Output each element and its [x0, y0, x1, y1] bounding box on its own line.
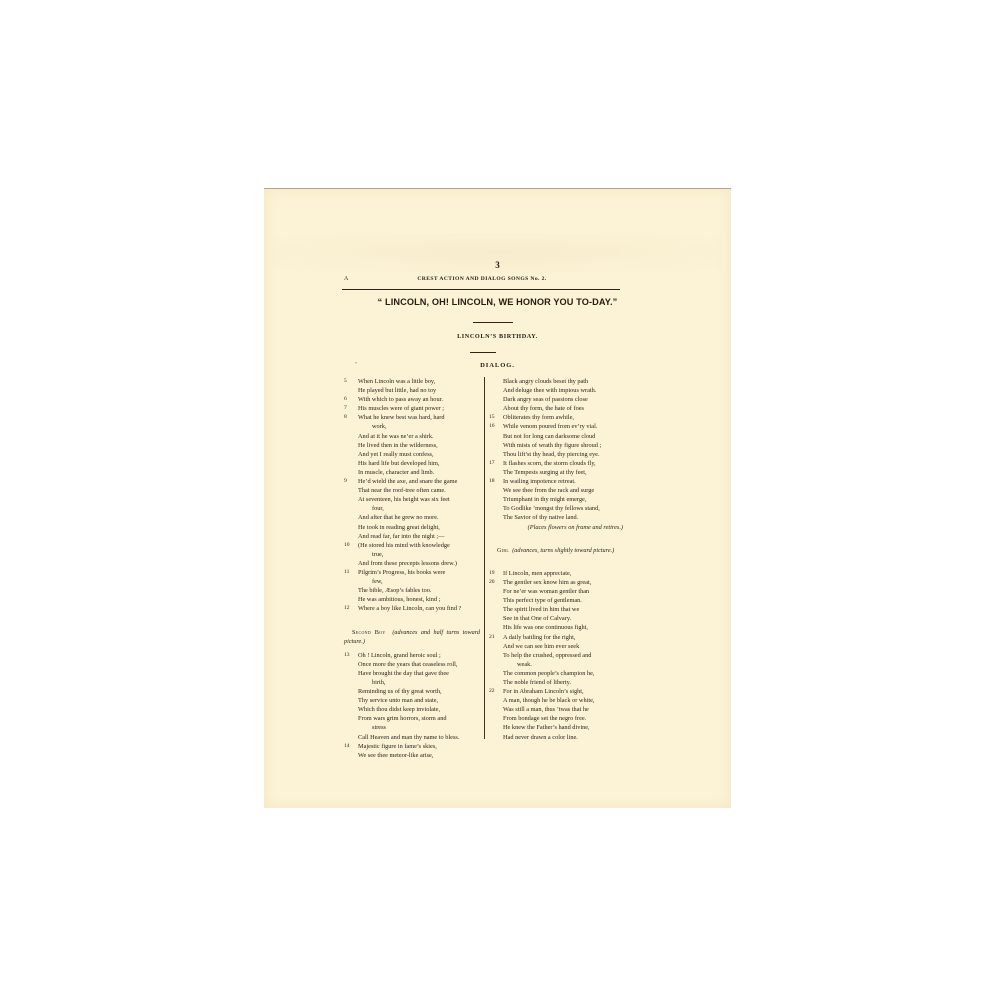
- verse-text: Majestic figure in fame’s skies,: [358, 743, 437, 750]
- verse-line: He took in reading great delight,: [344, 523, 480, 532]
- verse-text: What he knew best was hard, hard: [358, 414, 445, 421]
- verse-text: The bible, Æsop’s fables too.: [358, 587, 431, 594]
- verse-text: few,: [372, 578, 383, 585]
- song-title: “ LINCOLN, OH! LINCOLN, WE HONOR YOU TO-…: [264, 297, 731, 307]
- verse-line: 20The gentler sex know him as great,: [489, 578, 623, 587]
- verse-number: 19: [489, 569, 499, 578]
- verse-text: The Savior of thy native land.: [503, 514, 578, 521]
- verse-line: From bondage set the negro free.: [489, 714, 623, 723]
- verse-text: He was ambitious, honest, kind ;: [358, 596, 440, 603]
- stage-direction: (advances, turns slightly toward picture…: [512, 547, 614, 554]
- verse-text: At seventeen, his height was six feet: [358, 496, 450, 503]
- verse-number: 8: [344, 413, 354, 422]
- verse-text: And at it he was ne’er a shirk.: [358, 433, 434, 440]
- verse-text: That near the roof-tree often came.: [358, 487, 446, 494]
- verse-line: work,: [344, 422, 480, 431]
- running-head: CREST ACTION AND DIALOG SONGS No. 2.: [344, 276, 620, 282]
- verse-number: 14: [344, 742, 354, 751]
- verse-text: The spirit lived in him that we: [503, 606, 579, 613]
- verse-text: Have brought the day that gave thee: [358, 670, 449, 677]
- header-rule: [342, 289, 620, 290]
- verse-text: Which thou didst keep inviolate,: [358, 706, 440, 713]
- verse-line: Call Heaven and man thy name to bless.: [344, 733, 480, 742]
- spacer: [489, 532, 623, 541]
- verse-line: 15Obliterates thy form awhile,: [489, 413, 623, 422]
- verse-text: Thou lift’st thy head, thy piercing eye.: [503, 451, 600, 458]
- verse-line: 14Majestic figure in fame’s skies,: [344, 742, 480, 751]
- verse-line: And read far, far into the night ;—: [344, 532, 480, 541]
- verse-line: four,: [344, 504, 480, 513]
- verse-text: When Lincoln was a little boy,: [358, 378, 435, 385]
- verse-number: 9: [344, 477, 354, 486]
- verse-line: His hard life but developed him,: [344, 459, 480, 468]
- verse-line: 12Where a boy like Lincoln, can you find…: [344, 604, 480, 613]
- verse-text: If Lincoln, men appreciate,: [503, 570, 571, 577]
- verse-text: To Godlike ’mongst thy fellows stand,: [503, 505, 600, 512]
- section-heading: DIALOG.: [264, 362, 731, 369]
- verse-text: A man, though he be black or white,: [503, 697, 594, 704]
- verse-text: birth,: [372, 679, 385, 686]
- verse-line: Thou lift’st thy head, thy piercing eye.: [489, 450, 623, 459]
- verse-text: And deluge thee with impious wrath.: [503, 387, 596, 394]
- verse-text: Black angry clouds beset thy path: [503, 378, 588, 385]
- verse-line: The Tempests surging at thy feet,: [489, 468, 623, 477]
- verse-line: Black angry clouds beset thy path: [489, 377, 623, 386]
- verse-text: His life was one continuous fight,: [503, 624, 588, 631]
- verse-text: And from these precepts lessons drew.): [358, 560, 457, 567]
- verse-text: With mists of wrath thy figure shroud ;: [503, 442, 601, 449]
- verse-line: And at it he was ne’er a shirk.: [344, 432, 480, 441]
- verse-text: He knew the Father’s hand divine,: [503, 724, 590, 731]
- spacer: [344, 613, 480, 622]
- verse-line: The spirit lived in him that we: [489, 605, 623, 614]
- verse-line: 18In wailing impotence retreat.: [489, 477, 623, 486]
- document-page: 3 A CREST ACTION AND DIALOG SONGS No. 2.…: [264, 188, 731, 808]
- verse-text: The gentler sex know him as great,: [503, 579, 591, 586]
- verse-text: Reminding us of thy great worth,: [358, 688, 442, 695]
- verse-line: stress: [344, 723, 480, 732]
- verse-line: His life was one continuous fight,: [489, 623, 623, 632]
- verse-text: In muscle, character and limb.: [358, 469, 434, 476]
- verse-text: Oh ! Lincoln, grand heroic soul ;: [358, 652, 441, 659]
- verse-line: For ne’er was woman gentler than: [489, 587, 623, 596]
- verse-text: A daily battling for the right,: [503, 634, 575, 641]
- verse-number: 5: [344, 377, 354, 386]
- verse-text: This perfect type of gentleman.: [503, 597, 582, 604]
- verse-line: To help the crushed, oppressed and: [489, 651, 623, 660]
- verse-line: The bible, Æsop’s fables too.: [344, 586, 480, 595]
- verse-line: birth,: [344, 678, 480, 687]
- verse-line: He knew the Father’s hand divine,: [489, 723, 623, 732]
- verse-text: From wars grim horrors, storm and: [358, 715, 447, 722]
- verse-number: 16: [489, 422, 499, 431]
- subtitle-divider: [470, 352, 496, 353]
- verse-line: 17It flashes scorn, the storm clouds fly…: [489, 459, 623, 468]
- verse-line: A man, though he be black or white,: [489, 696, 623, 705]
- verse-line: The noble friend of liberty.: [489, 678, 623, 687]
- verse-line: And we can see him ever seek: [489, 642, 623, 651]
- verse-number: 13: [344, 651, 354, 660]
- verse-line: Thy service unto man and state,: [344, 696, 480, 705]
- verse-line: He played but little, had no toy: [344, 386, 480, 395]
- verse-line: To Godlike ’mongst thy fellows stand,: [489, 504, 623, 513]
- verse-line: 6With which to pass away an hour.: [344, 395, 480, 404]
- verse-text: And we can see him ever seek: [503, 643, 579, 650]
- verse-line: We see thee from the rack and surge: [489, 486, 623, 495]
- verse-text: But not for long can darksome cloud: [503, 433, 595, 440]
- verse-line: This perfect type of gentleman.: [489, 596, 623, 605]
- verse-text: To help the crushed, oppressed and: [503, 652, 591, 659]
- verse-line: Reminding us of thy great worth,: [344, 687, 480, 696]
- verse-line: Once more the years that ceaseless roll,: [344, 660, 480, 669]
- verse-line: 8What he knew best was hard, hard: [344, 413, 480, 422]
- verse-text: weak.: [517, 661, 532, 668]
- verse-text: Obliterates thy form awhile,: [503, 414, 574, 421]
- verse-text: stress: [372, 724, 386, 731]
- speaker-cue: Girl (advances, turns slightly toward pi…: [489, 546, 623, 555]
- page-number: 3: [264, 260, 731, 270]
- occasion-subtitle: LINCOLN’S BIRTHDAY.: [264, 333, 731, 340]
- verse-number: 15: [489, 413, 499, 422]
- verse-text: For in Abraham Lincoln’s sight,: [503, 688, 584, 695]
- verse-line: 22For in Abraham Lincoln’s sight,: [489, 687, 623, 696]
- verse-line: And yet I really must confess,: [344, 450, 480, 459]
- speaker-cue: Second Boy (advances and half turns towa…: [344, 628, 480, 646]
- verse-text: And yet I really must confess,: [358, 451, 434, 458]
- verse-line: 21A daily battling for the right,: [489, 633, 623, 642]
- verse-line: Which thou didst keep inviolate,: [344, 705, 480, 714]
- verse-text: While venom poured from ev’ry vial.: [503, 423, 597, 430]
- verse-line: 19If Lincoln, men appreciate,: [489, 569, 623, 578]
- verse-text: We see thee from the rack and surge: [503, 487, 594, 494]
- verse-line: 11Pilgrim’s Progress, his books were: [344, 568, 480, 577]
- column-divider: [484, 377, 485, 739]
- verse-text: He’d wield the axe, and snare the game: [358, 478, 457, 485]
- verse-line: We see thee meteor-like arise,: [344, 751, 480, 760]
- right-column: Black angry clouds beset thy pathAnd del…: [489, 377, 623, 742]
- verse-number: 22: [489, 687, 499, 696]
- verse-line: few,: [344, 577, 480, 586]
- verse-text: For ne’er was woman gentler than: [503, 588, 589, 595]
- verse-line: 9He’d wield the axe, and snare the game: [344, 477, 480, 486]
- verse-number: 11: [344, 568, 354, 577]
- verse-line: 10(He stored his mind with knowledge: [344, 541, 480, 550]
- verse-text: Thy service unto man and state,: [358, 697, 438, 704]
- verse-text: Call Heaven and man thy name to bless.: [358, 734, 459, 741]
- verse-text: The noble friend of liberty.: [503, 679, 571, 686]
- verse-text: Dark angry seas of passions close: [503, 396, 588, 403]
- verse-line: From wars grim horrors, storm and: [344, 714, 480, 723]
- verse-text: From bondage set the negro free.: [503, 715, 586, 722]
- verse-text: Where a boy like Lincoln, can you find ?: [358, 605, 461, 612]
- verse-line: Had never drawn a color line.: [489, 733, 623, 742]
- verse-line: 7His muscles were of giant power ;: [344, 404, 480, 413]
- title-divider: [473, 322, 513, 323]
- speaker-name: Second Boy: [352, 629, 386, 636]
- verse-number: 18: [489, 477, 499, 486]
- speaker-name: Girl: [497, 547, 509, 554]
- verse-text: The Tempests surging at thy feet,: [503, 469, 587, 476]
- verse-text: He played but little, had no toy: [358, 387, 436, 394]
- verse-text: Had never drawn a color line.: [503, 734, 578, 741]
- verse-text: true,: [372, 551, 383, 558]
- verse-line: 16While venom poured from ev’ry vial.: [489, 422, 623, 431]
- verse-text: His muscles were of giant power ;: [358, 405, 444, 412]
- verse-line: That near the roof-tree often came.: [344, 486, 480, 495]
- verse-line: weak.: [489, 660, 623, 669]
- verse-number: 20: [489, 578, 499, 587]
- verse-line: 5When Lincoln was a little boy,: [344, 377, 480, 386]
- verse-text: He took in reading great delight,: [358, 524, 440, 531]
- left-column: 5When Lincoln was a little boy,He played…: [344, 377, 480, 760]
- verse-text: We see thee meteor-like arise,: [358, 752, 433, 759]
- verse-text: And read far, far into the night ;—: [358, 533, 444, 540]
- verse-line: The Savior of thy native land.: [489, 513, 623, 522]
- verse-line: Have brought the day that gave thee: [344, 669, 480, 678]
- verse-line: See in that One of Calvary.: [489, 614, 623, 623]
- stage-direction-exit: (Places flowers on frame and retires.): [489, 523, 623, 532]
- verse-line: 13Oh ! Lincoln, grand heroic soul ;: [344, 651, 480, 660]
- verse-line: Was still a man, thus ’twas that he: [489, 705, 623, 714]
- verse-number: 12: [344, 604, 354, 613]
- verse-text: And after that he grew no more.: [358, 514, 439, 521]
- verse-line: About thy form, the hate of foes: [489, 404, 623, 413]
- verse-text: Once more the years that ceaseless roll,: [358, 661, 457, 668]
- verse-line: He was ambitious, honest, kind ;: [344, 595, 480, 604]
- verse-line: At seventeen, his height was six feet: [344, 495, 480, 504]
- verse-number: 7: [344, 404, 354, 413]
- verse-text: It flashes scorn, the storm clouds fly,: [503, 460, 596, 467]
- verse-line: And after that he grew no more.: [344, 513, 480, 522]
- verse-number: 10: [344, 541, 354, 550]
- verse-line: He lived then in the wilderness,: [344, 441, 480, 450]
- verse-text: (He stored his mind with knowledge: [358, 542, 450, 549]
- verse-line: The common people’s champion he,: [489, 669, 623, 678]
- verse-text: In wailing impotence retreat.: [503, 478, 576, 485]
- verse-line: In muscle, character and limb.: [344, 468, 480, 477]
- verse-number: 21: [489, 633, 499, 642]
- verse-text: With which to pass away an hour.: [358, 396, 443, 403]
- verse-text: four,: [372, 505, 384, 512]
- verse-text: Was still a man, thus ’twas that he: [503, 706, 589, 713]
- verse-text: Triumphant in thy might emerge,: [503, 496, 586, 503]
- verse-line: And from these precepts lessons drew.): [344, 559, 480, 568]
- verse-text: About thy form, the hate of foes: [503, 405, 584, 412]
- verse-text: work,: [372, 423, 387, 430]
- verse-line: But not for long can darksome cloud: [489, 432, 623, 441]
- verse-line: Triumphant in thy might emerge,: [489, 495, 623, 504]
- verse-text: The common people’s champion he,: [503, 670, 594, 677]
- verse-text: He lived then in the wilderness,: [358, 442, 438, 449]
- verse-text: His hard life but developed him,: [358, 460, 440, 467]
- verse-text: Pilgrim’s Progress, his books were: [358, 569, 445, 576]
- verse-line: And deluge thee with impious wrath.: [489, 386, 623, 395]
- verse-number: 6: [344, 395, 354, 404]
- verse-line: With mists of wrath thy figure shroud ;: [489, 441, 623, 450]
- verse-text: See in that One of Calvary.: [503, 615, 571, 622]
- verse-line: true,: [344, 550, 480, 559]
- verse-line: Dark angry seas of passions close: [489, 395, 623, 404]
- spacer: [489, 555, 623, 564]
- verse-number: 17: [489, 459, 499, 468]
